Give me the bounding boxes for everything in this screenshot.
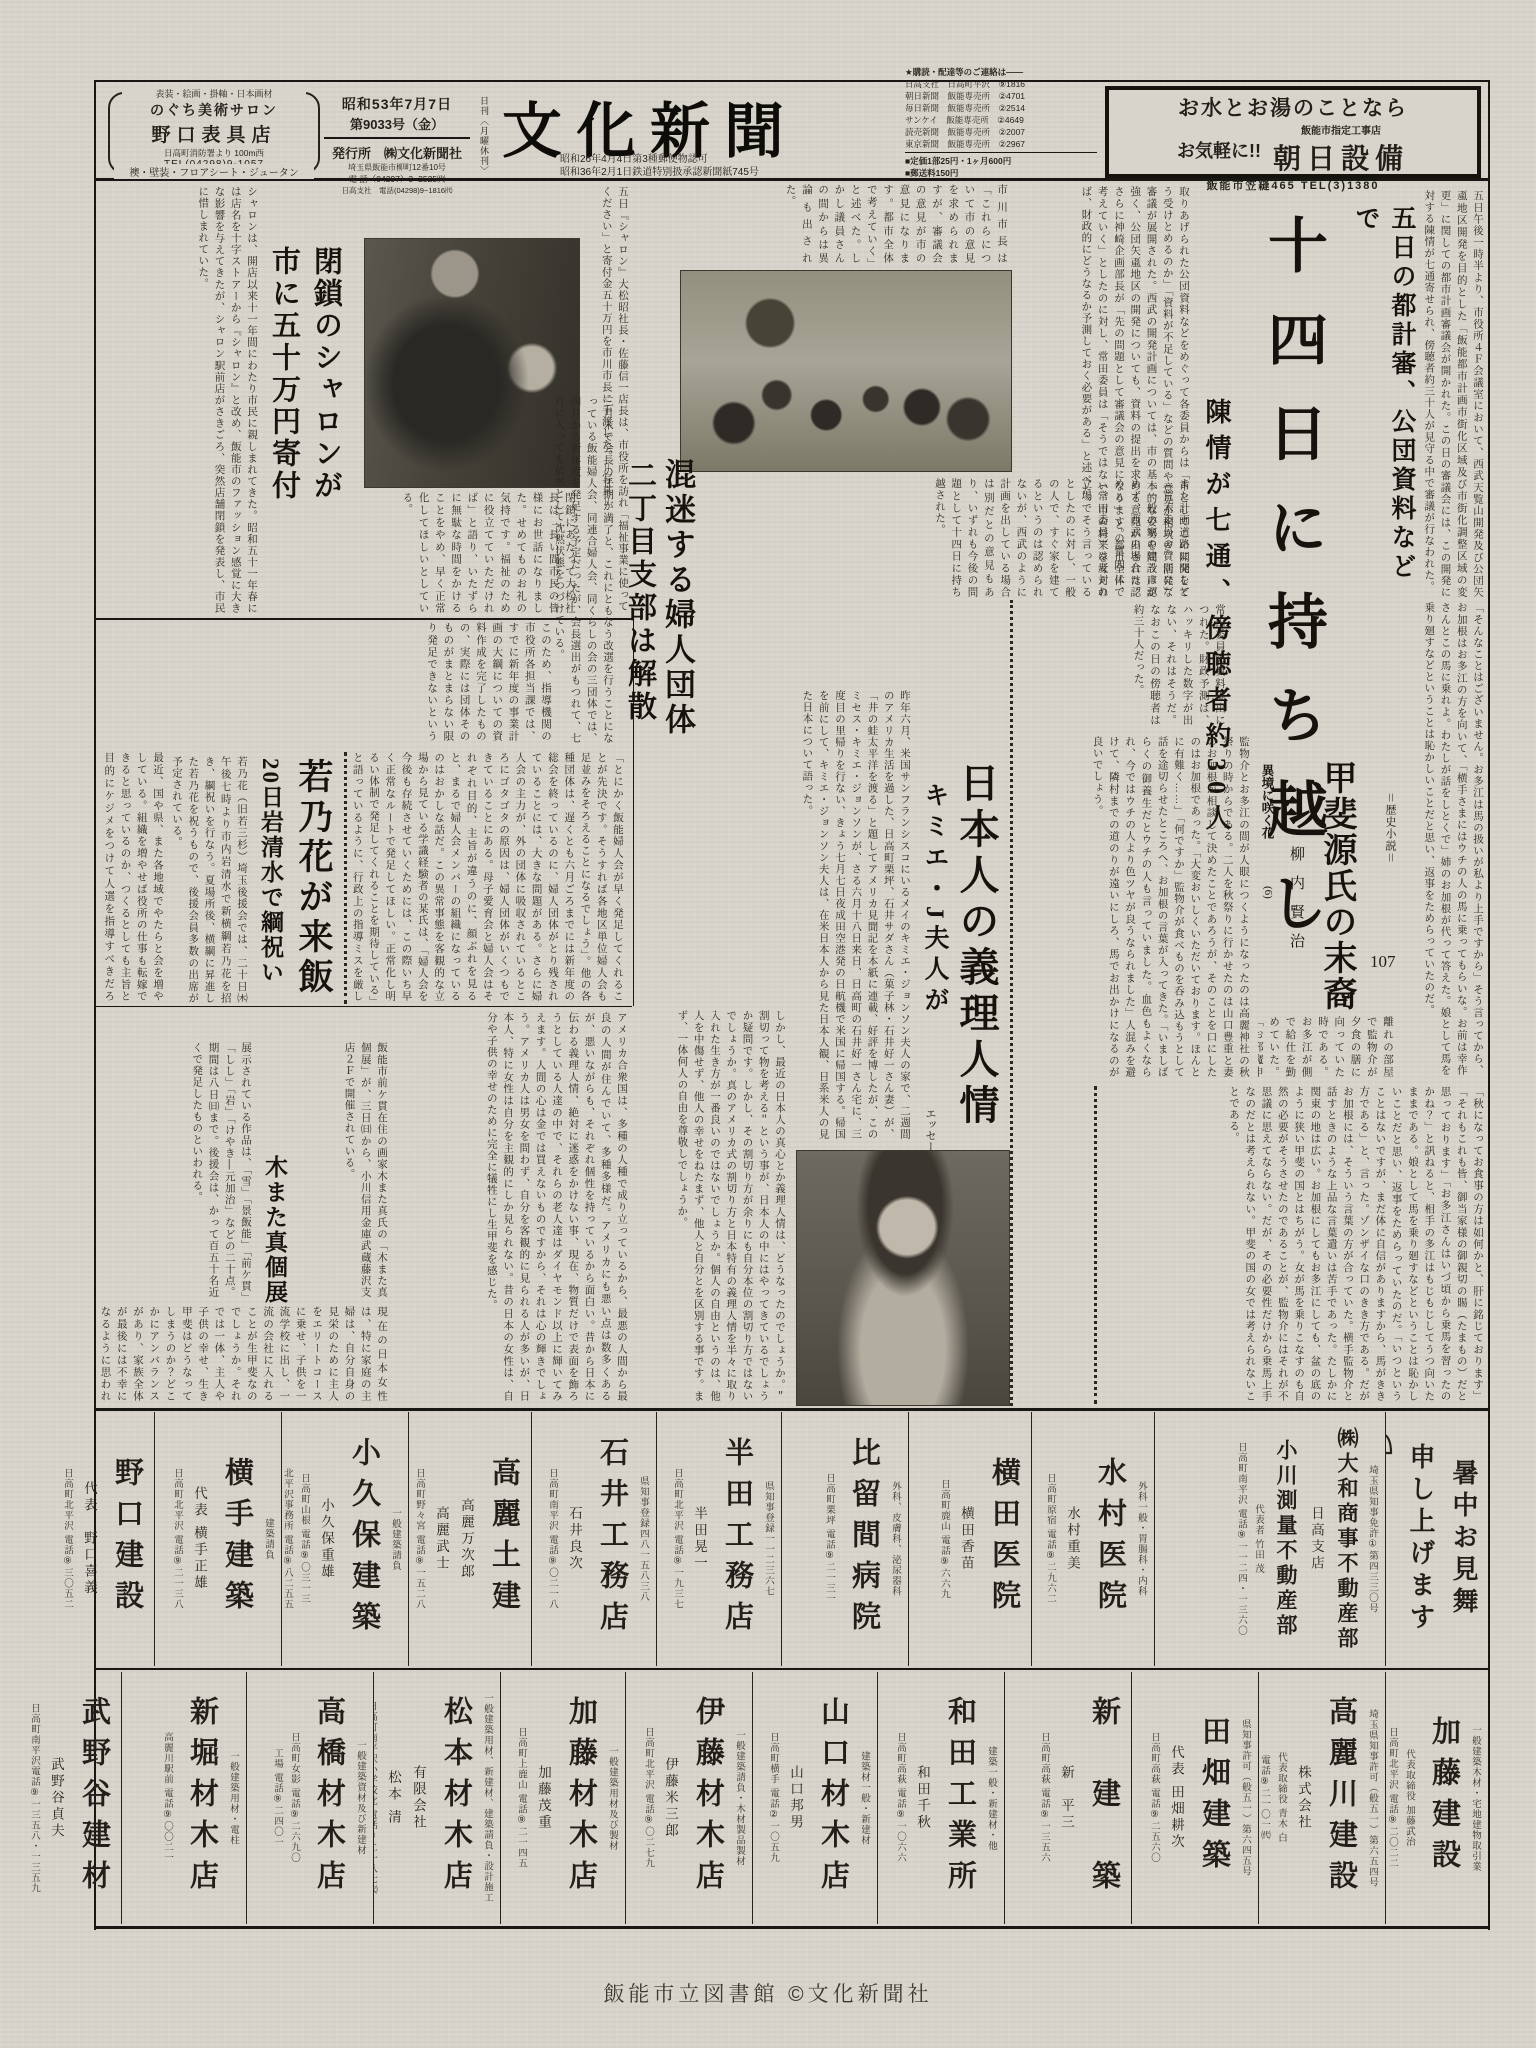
ads-bottom-rule <box>96 1926 1488 1929</box>
ad-niibori-zaimokuten: 一般建築用材・電柱新堀材木店高麗川駅前 電話⑨〇〇二一 <box>121 1672 246 1924</box>
article-body: 現在の日本女性は、特に家庭の主婦は、自分自身の見栄のために主人をエリートコースに… <box>98 1306 390 1402</box>
ad-line: 代表取締役 青木 白 <box>1274 1682 1288 1914</box>
ad-line: 電話⑨二一〇一㈹ <box>1258 1682 1271 1914</box>
ad-line: 小久保建築 <box>344 1422 385 1656</box>
issue-block: 昭和53年7月7日 第9033号（金） 発行所 ㈱文化新聞社 埼玉県飯能市柳町1… <box>322 94 472 174</box>
newspaper-page: 表装・絵画・掛軸・日本画材 のぐち美術サロン 野口表具店 日高町消防署より 10… <box>0 0 1536 2048</box>
publisher: 発行所 ㈱文化新聞社 <box>322 143 472 162</box>
ad-line: 新堀材木店 <box>182 1682 223 1914</box>
ad-line: 高橋材木店 <box>309 1682 350 1914</box>
kimie-subhead: キミエ・J夫人が <box>916 782 952 1102</box>
daily-note: 日刊〈月曜休刊〉 <box>478 96 491 172</box>
photo-city-planning-council <box>680 270 1012 472</box>
ad-line: 一般建築請負 <box>388 1422 402 1656</box>
contact-row: 読売新聞 飯能専売所 ②2007 <box>905 126 1097 138</box>
article-body: 常田委員の資料提出につれた。財政予測は、ハッキリした数字が出ない、それはそうだ。… <box>1020 604 1228 726</box>
ad-line: 代表 野口喜義 <box>79 1422 99 1656</box>
article-body: しかし、最近の日本人の真心とか義理人情は、どうなったのでしょうか。＂割切って物を… <box>636 1010 788 1402</box>
ad-line: 小川測量不動産部 <box>1271 1422 1301 1656</box>
ad-line: 小久保重雄 <box>316 1422 336 1656</box>
wind-bell-icon <box>1385 1422 1396 1656</box>
asahi-name: 朝日設備 <box>1273 137 1409 177</box>
footer-credit: 飯能市立図書館 ©文化新聞社 <box>0 1978 1536 2008</box>
ad-line: 加藤材木店 <box>561 1682 602 1914</box>
divider <box>96 618 634 620</box>
ad-noguchi-hyogu: 表装・絵画・掛軸・日本画材 のぐち美術サロン 野口表具店 日高町消防署より 10… <box>108 92 320 174</box>
contact-row: 朝日新聞 飯能専売所 ②4701 <box>905 90 1097 102</box>
contact-row: 毎日新聞 飯能専売所 ②2514 <box>905 102 1097 114</box>
ad-koma-doken: 高麗土建高麗万次郎高麗武士日高町野々宮 電話⑨一五二八 <box>408 1412 531 1666</box>
novel-body: 離れの部屋で監物介が夕食の膳に向っていた時である。お多江が側で給仕を勤めていた。… <box>1258 1016 1396 1078</box>
ad-line: 武野谷貞夫 <box>46 1682 66 1914</box>
ad-line: 半田工務店 <box>717 1422 758 1656</box>
contact-heading: ★購読・配達等のご連絡は—— <box>905 66 1097 78</box>
ad-line: 加藤建設 <box>1424 1682 1465 1914</box>
ad-line: 日高町北平沢 電話⑨二一三八 <box>170 1422 184 1656</box>
ad-line: 日高町山根 電話⑨〇三一三 <box>297 1422 311 1656</box>
novel-chapter: 異境に咲く花 <box>1258 764 1276 880</box>
sharon-headline-1: 閉鎖のシャロンが <box>306 246 347 508</box>
photo-kimie-johnson <box>796 1150 1010 1406</box>
ads-top-rule <box>96 1408 1488 1411</box>
ad-line: 代表 横手正雄 <box>189 1422 209 1656</box>
ad-line: 横田香苗 <box>956 1422 976 1656</box>
ad-shop-name: 野口表具店 <box>110 120 318 147</box>
novel-border <box>1094 1086 1097 1404</box>
article-body: 若乃花（旧若三杉）埼玉後援会では、二十日㈭午後七時より市内岩清水で新横綱若乃花を… <box>170 756 250 1004</box>
ad-line: 武野谷建材 <box>74 1682 115 1914</box>
wakanohana-headline-2: 20日岩清水で綱祝い <box>254 758 287 1006</box>
article-body: このため、指導機関の市役所各担当課では、すでに新年度の事業計画の大綱についての資… <box>424 622 554 742</box>
ad-shop-address: 日高町消防署より 100m西 <box>110 147 318 159</box>
publisher-branch: 日高支社 電話(04298)9−1816㈹ <box>322 185 472 196</box>
ad-shochu-greeting: 暑中お見舞申し上げます <box>1385 1412 1488 1666</box>
article-body: また計画道路に関して（荒木委員の質問に）「一般の家の建設は認めず、西武の場合は認… <box>648 478 1192 598</box>
ad-line: 一般建築請負・木材製品製材 <box>732 1682 746 1914</box>
photo-donation-handover <box>364 238 580 488</box>
border-right <box>1488 80 1490 1930</box>
ad-takahashi-zaimokuten: 一般建築資材及び新建材高橋材木店日高町女影 電話⑨二六九〇工場 電話⑨二四〇一 <box>246 1672 373 1924</box>
novel-genre-label: ＝歴史小説＝ <box>1382 792 1398 902</box>
ad-line: 工場 電話⑨二四〇一 <box>270 1682 284 1914</box>
ad-line: 水村医院 <box>1090 1422 1131 1656</box>
ad-wada-kogyosho: 建築一般・新建材・他和田工業所和田千秋日高町高萩 電話⑨一〇六六 <box>877 1672 1004 1924</box>
ad-line: 外科、皮膚科、泌尿器科 <box>888 1422 902 1656</box>
ad-line: 日高町原宿 電話⑨二九六二 <box>1043 1422 1057 1656</box>
ad-yamaguchi-zaimokuten: 建築材一般・新建材山口材木店山口邦男日高町横手 電話②一〇五九 <box>752 1672 877 1924</box>
ad-matsumoto-zaimokuten: 一般建築用材、新建材、建築請負・設計施工松本材木店有限会社松本 清日高町南平沢小… <box>373 1672 500 1924</box>
ad-line: 一般建築用材、新建材、建築請負・設計施工 <box>480 1682 494 1914</box>
ads-mid-rule <box>96 1668 1488 1670</box>
article-body: アメリカ合衆国は、多種の人種で成り立っているから、最悪の人間から最良の人間が住ん… <box>396 1012 630 1402</box>
ad-line: 株式会社 <box>1293 1682 1313 1914</box>
ad-line: 日高町栗坪 電話⑨二一三一 <box>822 1422 836 1656</box>
ad-takenoya-kenzai: 武野谷建材武野谷貞夫日高町南平沢電話⑨一三五八・一三五九 <box>0 1672 121 1924</box>
ad-kato-kensetsu: 一般建築木材・宅地建物取引業加藤建設代表取締役 加藤武治日高町北平沢 電話⑨二〇… <box>1385 1672 1488 1924</box>
ad-ito-zaimokuten: 一般建築請負・木材製品製材伊藤材木店伊藤米三郎日高町北平沢 電話⑨〇二七九 <box>625 1672 752 1924</box>
ad-line: 和田工業所 <box>940 1682 981 1914</box>
price-line: ■定価1部25円・1ヶ月600円 <box>905 155 1097 167</box>
novel-installment-number: 107 <box>1370 952 1396 972</box>
article-body: 五日午後一時半より、市役所４Ｆ会議室において、西武天覧山開発及び公団矢颪地区開発… <box>1398 190 1486 598</box>
ad-line: 新 平三 <box>1056 1682 1076 1914</box>
ad-line: 建築一般・新建材・他 <box>984 1682 998 1914</box>
ad-line: 日高町北平沢 電話⑨〇二七九 <box>641 1682 655 1914</box>
ad-line: 日高町上鹿山 電話⑨二一四五 <box>514 1682 528 1914</box>
asahi-shitei: 飯能市指定工事店 <box>1273 122 1409 137</box>
ad-handa-komuten: 県知事登録一一二三六七半田工務店半田晃一日高町北平沢 電話⑨一九三七 <box>656 1412 781 1666</box>
issue-number: 第9033号（金） <box>322 114 472 133</box>
ad-line: 県知事許可（般五一）第六四五号 <box>1238 1682 1252 1914</box>
ad-asahi-setsubi: お水とお湯のことなら お気軽に!! 飯能市指定工事店 朝日設備 飯能市笠縫465… <box>1105 86 1481 178</box>
ad-line: 日高町南平沢 電話⑨一一二四・一三六〇 <box>1234 1422 1248 1656</box>
novel-title: 甲斐源氏の末裔 <box>1312 760 1361 1012</box>
ad-line: ㈱大和商事不動産部 <box>1332 1422 1362 1656</box>
ad-line: 加藤茂重 <box>533 1682 553 1914</box>
article-body: 市川市長は「これらについて市の意見を求められますが、審議会の意見が市の意見になり… <box>648 184 1010 264</box>
fujin-headline-2: 二丁目支部は解散 <box>620 460 661 750</box>
ad-line: 山口材木店 <box>813 1682 854 1914</box>
asahi-catch: お水とお湯のことなら <box>1109 92 1477 122</box>
ad-line: 日高町高萩 電話⑨一三五六 <box>1037 1682 1051 1914</box>
ad-tabata-kenchiku: 県知事許可（般五一）第六四五号田畑建築代表 田畑耕次日高町高萩 電話⑨二五六〇 <box>1131 1672 1258 1924</box>
ad-line: 県知事登録一一二三六七 <box>761 1422 775 1656</box>
novel-body: 「秋になってお食事の方は如何かと、肝に銘じております」「それもこれも皆、御当家様… <box>1100 1086 1486 1402</box>
ad-line: 一般建築用材・電柱 <box>226 1682 240 1914</box>
ad-line: 日高町高萩 電話⑨一〇六六 <box>893 1682 907 1914</box>
ad-line: 県知事登録四八一五八三八 <box>636 1422 650 1656</box>
ad-line: 日高町南平沢 電話⑨〇二一八 <box>545 1422 559 1656</box>
ad-noguchi-kensetsu: 野口建設代表 野口喜義日高町北平沢 電話⑨三〇五二 <box>0 1412 154 1666</box>
article-body: シャロンは、開店以来十一年間にわたり市民に親しまれてきた。昭和五十一年春には店名… <box>98 186 260 614</box>
ad-line: 日高町南平沢小学校北 電話⑨二一八七㈹ <box>373 1682 378 1914</box>
ad-yokote-kenchiku: 建築請負横手建築代表 横手正雄日高町北平沢 電話⑨二一三八 <box>154 1412 281 1666</box>
ad-line: 石井工務店 <box>592 1422 633 1656</box>
contact-row: サンケイ 飯能専売所 ②4649 <box>905 114 1097 126</box>
ad-yokota-clinic: 横田医院横田香苗日高町鹿山 電話⑨六六九 <box>908 1412 1031 1666</box>
ad-salon-name: のぐち美術サロン <box>110 100 318 120</box>
ad-line: 日高町南平沢電話⑨一三五八・一三五九 <box>27 1682 41 1914</box>
section-ornament <box>344 752 347 1004</box>
ad-line: 有限会社 <box>408 1682 428 1914</box>
ad-line: 日高町高萩 電話⑨二五六〇 <box>1147 1682 1161 1914</box>
ad-line: 一般建築木材・宅地建物取引業 <box>1468 1682 1482 1914</box>
price-line: ■郵送料150円 <box>905 167 1097 179</box>
kimata-headline: 木また真個展 <box>258 1155 291 1307</box>
ad-line: 建築請負 <box>261 1422 275 1656</box>
contact-row: 東京新聞 飯能専売所 ②2967 <box>905 138 1097 150</box>
ad-line: 石井良次 <box>564 1422 584 1656</box>
ad-line: 水村重美 <box>1062 1422 1082 1656</box>
ad-line: 建築材一般・新建材 <box>857 1682 871 1914</box>
ad-line: 高麗川建設 <box>1321 1682 1362 1914</box>
ad-bottom-label: 襖・壁装・フロアシート・ジュータン <box>114 164 314 179</box>
ad-mizumura-clinic: 外科一般・胃腸科・内科水村医院水村重美日高町原宿 電話⑨二九六二 <box>1031 1412 1154 1666</box>
ad-komagawa-kensetsu: 埼玉県知事許可（般五一）第六五四号高麗川建設株式会社代表取締役 青木 白電話⑨二… <box>1258 1672 1385 1924</box>
ad-line: 伊藤材木店 <box>688 1682 729 1914</box>
ad-line: 日高町北平沢 電話⑨三〇五二 <box>60 1422 74 1656</box>
ad-line: 一般建築用材及び製材 <box>605 1682 619 1914</box>
ad-top-label: 表装・絵画・掛軸・日本画材 <box>122 87 306 100</box>
ad-kato-zaimokuten: 一般建築用材及び製材加藤材木店加藤茂重日高町上鹿山 電話⑨二一四五 <box>500 1672 625 1924</box>
ad-line: 松本 清 <box>383 1682 403 1914</box>
ad-line: 日高町野々宮 電話⑨一五二八 <box>412 1422 426 1656</box>
ad-line: 日高町鹿山 電話⑨六六九 <box>937 1422 951 1656</box>
ad-line: 代表取締役 加藤武治 <box>1402 1682 1416 1914</box>
ad-line: 代表者 竹田 茂 <box>1251 1422 1265 1656</box>
kimie-headline: 日本人の義理人情 <box>948 762 1005 1134</box>
ad-line: 代表 田畑耕次 <box>1166 1682 1186 1914</box>
masthead-note2: 昭和36年2月1日鉄道特別扱承認新聞紙745号 <box>560 163 759 178</box>
ad-line: 暑中お見舞 <box>1445 1422 1482 1656</box>
ad-line: 高麗万次郎 <box>456 1422 476 1656</box>
ad-ogawa-daiwa: 埼玉県知事免許①第四三三〇号㈱大和商事不動産部日高支店小川測量不動産部代表者 竹… <box>1154 1412 1385 1666</box>
asahi-kigaru: お気軽に!! <box>1177 137 1261 163</box>
ad-line: 高麗武士 <box>431 1422 451 1656</box>
novel-body: 監物介とお多江の間が人眼につくようになったのは高麗神社の秋祭りの時からである。二… <box>1020 736 1252 1078</box>
ad-line: 横田医院 <box>984 1422 1025 1656</box>
sharon-headline-2: 市に五十万円寄付 <box>264 246 305 508</box>
article-body: 三月末で会長の任期が満了と、これにともなう改選を行うことになっている飯能婦人会、… <box>556 396 616 744</box>
ad-line: 比留間病院 <box>844 1422 885 1656</box>
article-body: 昨年六月、米国サンフランシスコにいるメイのキミエ・ジョンソン夫人の家で、二週間の… <box>795 690 913 1140</box>
ad-line: 和田千秋 <box>912 1682 932 1914</box>
issue-date: 昭和53年7月7日 <box>322 94 472 114</box>
ad-line: 高麗土建 <box>484 1422 525 1656</box>
ad-line: 日高町女影 電話⑨二六九〇 <box>287 1682 301 1914</box>
article-body: 最近、国や県、また各地域でやたらと会を増やしている。組織を増やせば役所の仕事も転… <box>98 752 166 1002</box>
ad-line: 半田晃一 <box>689 1422 709 1656</box>
ad-line: 外科一般・胃腸科・内科 <box>1134 1422 1148 1656</box>
article-body: 飯能市前ケ貫在住の画家木また真氏の「木また真個展」が、三日㈰から、小川信用金庫武… <box>300 1042 390 1298</box>
ad-line: 新 建 築 <box>1084 1682 1125 1914</box>
ad-line: 日高町北平沢 電話⑨二〇二二 <box>1385 1682 1399 1914</box>
ad-line: 北平沢事務所 電話⑨八二五五 <box>281 1422 294 1656</box>
article-body: 閉鎖にあたって大松社長は「長い間市民の皆様にお世話になりました。せめてものお礼の… <box>266 492 578 614</box>
ad-line: 山口邦男 <box>785 1682 805 1914</box>
ad-row-1: 暑中お見舞申し上げます埼玉県知事免許①第四三三〇号㈱大和商事不動産部日高支店小川… <box>96 1412 1488 1666</box>
article-body: 展示されている作品は、「雪」「景飯能」「前ケ貫」「しし」「岩」「けやき―元加治」… <box>98 1042 254 1298</box>
ad-line: 伊藤米三郎 <box>660 1682 680 1914</box>
ad-shin-kenchiku: 新 建 築新 平三日高町高萩 電話⑨一三五六 <box>1004 1672 1131 1924</box>
ad-line: 申し上げます <box>1402 1422 1439 1656</box>
ad-hiruma-hospital: 外科、皮膚科、泌尿器科比留間病院日高町栗坪 電話⑨二一三一 <box>781 1412 908 1666</box>
ad-line: 野口建設 <box>107 1422 148 1656</box>
publisher-tel: 電 話（04297）3−2525㈹ <box>322 173 472 185</box>
ad-line: 田畑建築 <box>1194 1682 1235 1914</box>
novel-body: 「そんなことはございません。お多江は馬の扱いが私より上手ですから」そう言ってから… <box>1405 602 1486 1076</box>
ad-row-2: 一般建築木材・宅地建物取引業加藤建設代表取締役 加藤武治日高町北平沢 電話⑨二〇… <box>96 1672 1488 1924</box>
novel-author: 柳内賢治 <box>1286 846 1307 978</box>
publisher-address: 埼玉県飯能市柳町12番10号 <box>322 162 472 173</box>
ad-okubo-kenchiku: 一般建築請負小久保建築小久保重雄日高町山根 電話⑨〇三一三北平沢事務所 電話⑨八… <box>281 1412 408 1666</box>
ad-ishii-komuten: 県知事登録四八一五八三八石井工務店石井良次日高町南平沢 電話⑨〇二一八 <box>531 1412 656 1666</box>
ad-line: 日高支店 <box>1306 1422 1326 1656</box>
novel-chapter-no: (6) <box>1262 886 1274 916</box>
article-body: 「とにかく飯能婦人会が早く発足してくれることが先決です。そうすれば各地区単位婦人… <box>352 752 626 1002</box>
ad-line: 埼玉県知事免許①第四三三〇号 <box>1365 1422 1379 1656</box>
novel-border <box>1010 600 1013 1406</box>
ad-line: 松本材木店 <box>436 1682 477 1914</box>
divider <box>96 1006 632 1007</box>
fujin-headline-1: 混迷する婦人団体 <box>655 458 700 748</box>
ad-line: 埼玉県知事許可（般五一）第六五四号 <box>1365 1682 1379 1914</box>
ad-line: 横手建築 <box>217 1422 258 1656</box>
border-top <box>94 80 1490 82</box>
ad-line: 高麗川駅前 電話⑨〇〇二一 <box>160 1682 174 1914</box>
wakanohana-headline-1: 若乃花が来飯 <box>288 758 338 1006</box>
ad-line: 日高町北平沢 電話⑨一九三七 <box>670 1422 684 1656</box>
ad-line: 一般建築資材及び新建材 <box>353 1682 367 1914</box>
contact-list: ★購読・配達等のご連絡は—— 日高支社 日高町平沢 ⑨1816 朝日新聞 飯能専… <box>905 66 1097 179</box>
ad-line: 日高町横手 電話②一〇五九 <box>766 1682 780 1914</box>
contact-row: 日高支社 日高町平沢 ⑨1816 <box>905 78 1097 90</box>
